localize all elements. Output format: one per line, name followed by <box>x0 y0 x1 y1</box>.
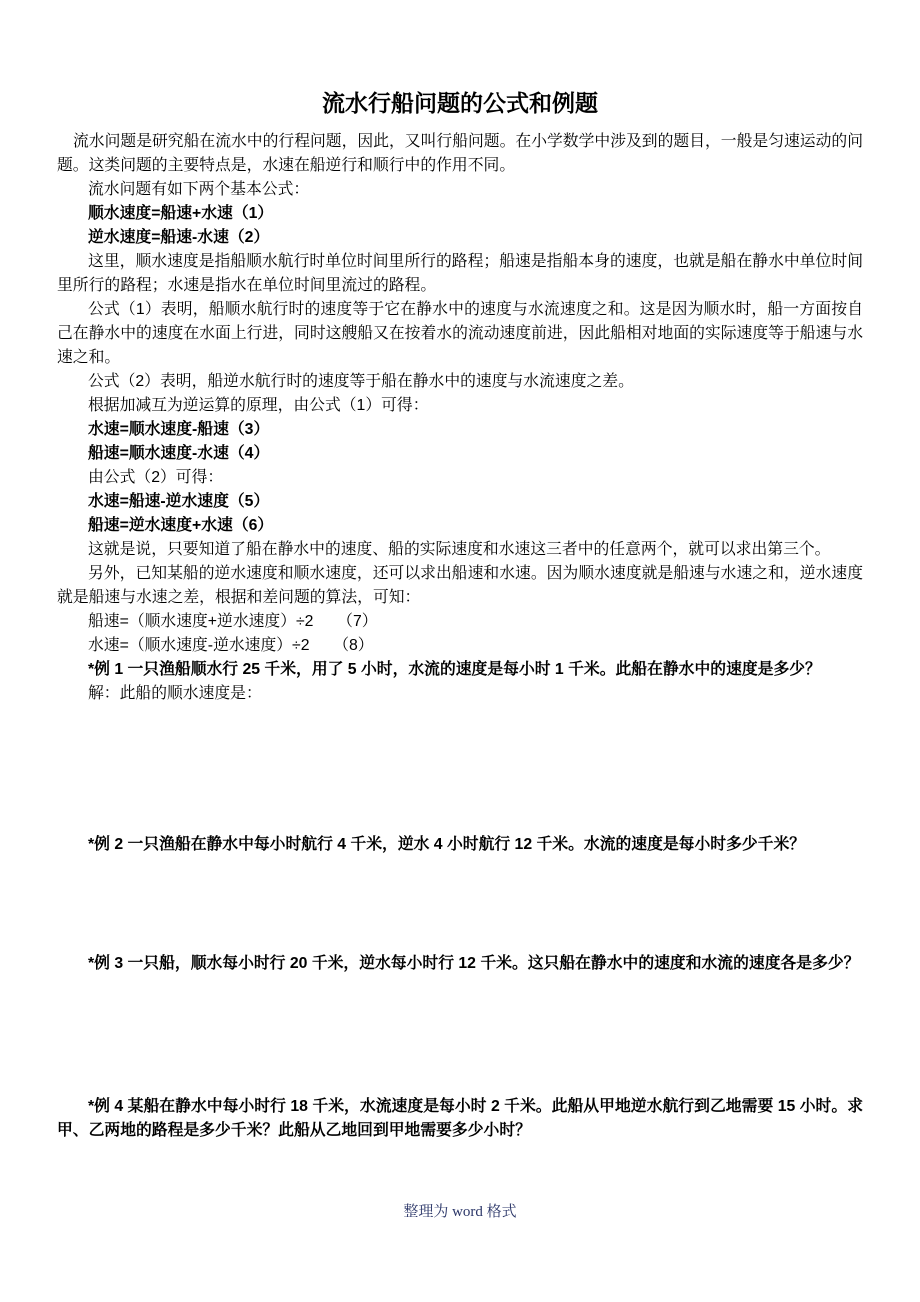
document-title: 流水行船问题的公式和例题 <box>57 88 863 118</box>
formula-water-speed-8: 水速=（顺水速度-逆水速度）÷2 （8） <box>57 634 863 658</box>
example-4-problem: *例 4 某船在静水中每小时行 18 千米，水流速度是每小时 2 千米。此船从甲… <box>57 1095 863 1143</box>
footer-note: 整理为 word 格式 <box>57 1200 863 1224</box>
example-1-solution: 解：此船的顺水速度是： <box>57 682 863 706</box>
example-1-problem: *例 1 一只渔船顺水行 25 千米，用了 5 小时，水流的速度是每小时 1 千… <box>57 658 863 682</box>
example-3-problem: *例 3 一只船，顺水每小时行 20 千米，逆水每小时行 12 千米。这只船在静… <box>57 952 863 976</box>
document-page: 流水行船问题的公式和例题 流水问题是研究船在流水中的行程问题，因此，又叫行船问题… <box>0 0 920 1302</box>
formula-1-explanation: 公式（1）表明，船顺水航行时的速度等于它在静水中的速度与水流速度之和。这是因为顺… <box>57 298 863 370</box>
conclusion-paragraph: 这就是说，只要知道了船在静水中的速度、船的实际速度和水速这三者中的任意两个，就可… <box>57 538 863 562</box>
formula-upstream-speed-2: 逆水速度=船速-水速（2） <box>57 226 863 250</box>
formulas-intro: 流水问题有如下两个基本公式： <box>57 178 863 202</box>
definitions-paragraph: 这里，顺水速度是指船顺水航行时单位时间里所行的路程；船速是指船本身的速度，也就是… <box>57 250 863 298</box>
example-2-problem: *例 2 一只渔船在静水中每小时航行 4 千米，逆水 4 小时航行 12 千米。… <box>57 833 863 857</box>
formula-water-speed-3: 水速=顺水速度-船速（3） <box>57 418 863 442</box>
sum-difference-paragraph: 另外，已知某船的逆水速度和顺水速度，还可以求出船速和水速。因为顺水速度就是船速与… <box>57 562 863 610</box>
document-content: 流水行船问题的公式和例题 流水问题是研究船在流水中的行程问题，因此，又叫行船问题… <box>57 88 863 1224</box>
intro-paragraph: 流水问题是研究船在流水中的行程问题，因此，又叫行船问题。在小学数学中涉及到的题目… <box>57 130 863 178</box>
formula-boat-speed-6: 船速=逆水速度+水速（6） <box>57 514 863 538</box>
formula-boat-speed-7: 船速=（顺水速度+逆水速度）÷2 （7） <box>57 610 863 634</box>
formula-boat-speed-4: 船速=顺水速度-水速（4） <box>57 442 863 466</box>
from-formula-2-note: 由公式（2）可得： <box>57 466 863 490</box>
formula-water-speed-5: 水速=船速-逆水速度（5） <box>57 490 863 514</box>
formula-downstream-speed-1: 顺水速度=船速+水速（1） <box>57 202 863 226</box>
inverse-operation-note: 根据加减互为逆运算的原理，由公式（1）可得： <box>57 394 863 418</box>
formula-2-explanation: 公式（2）表明，船逆水航行时的速度等于船在静水中的速度与水流速度之差。 <box>57 370 863 394</box>
